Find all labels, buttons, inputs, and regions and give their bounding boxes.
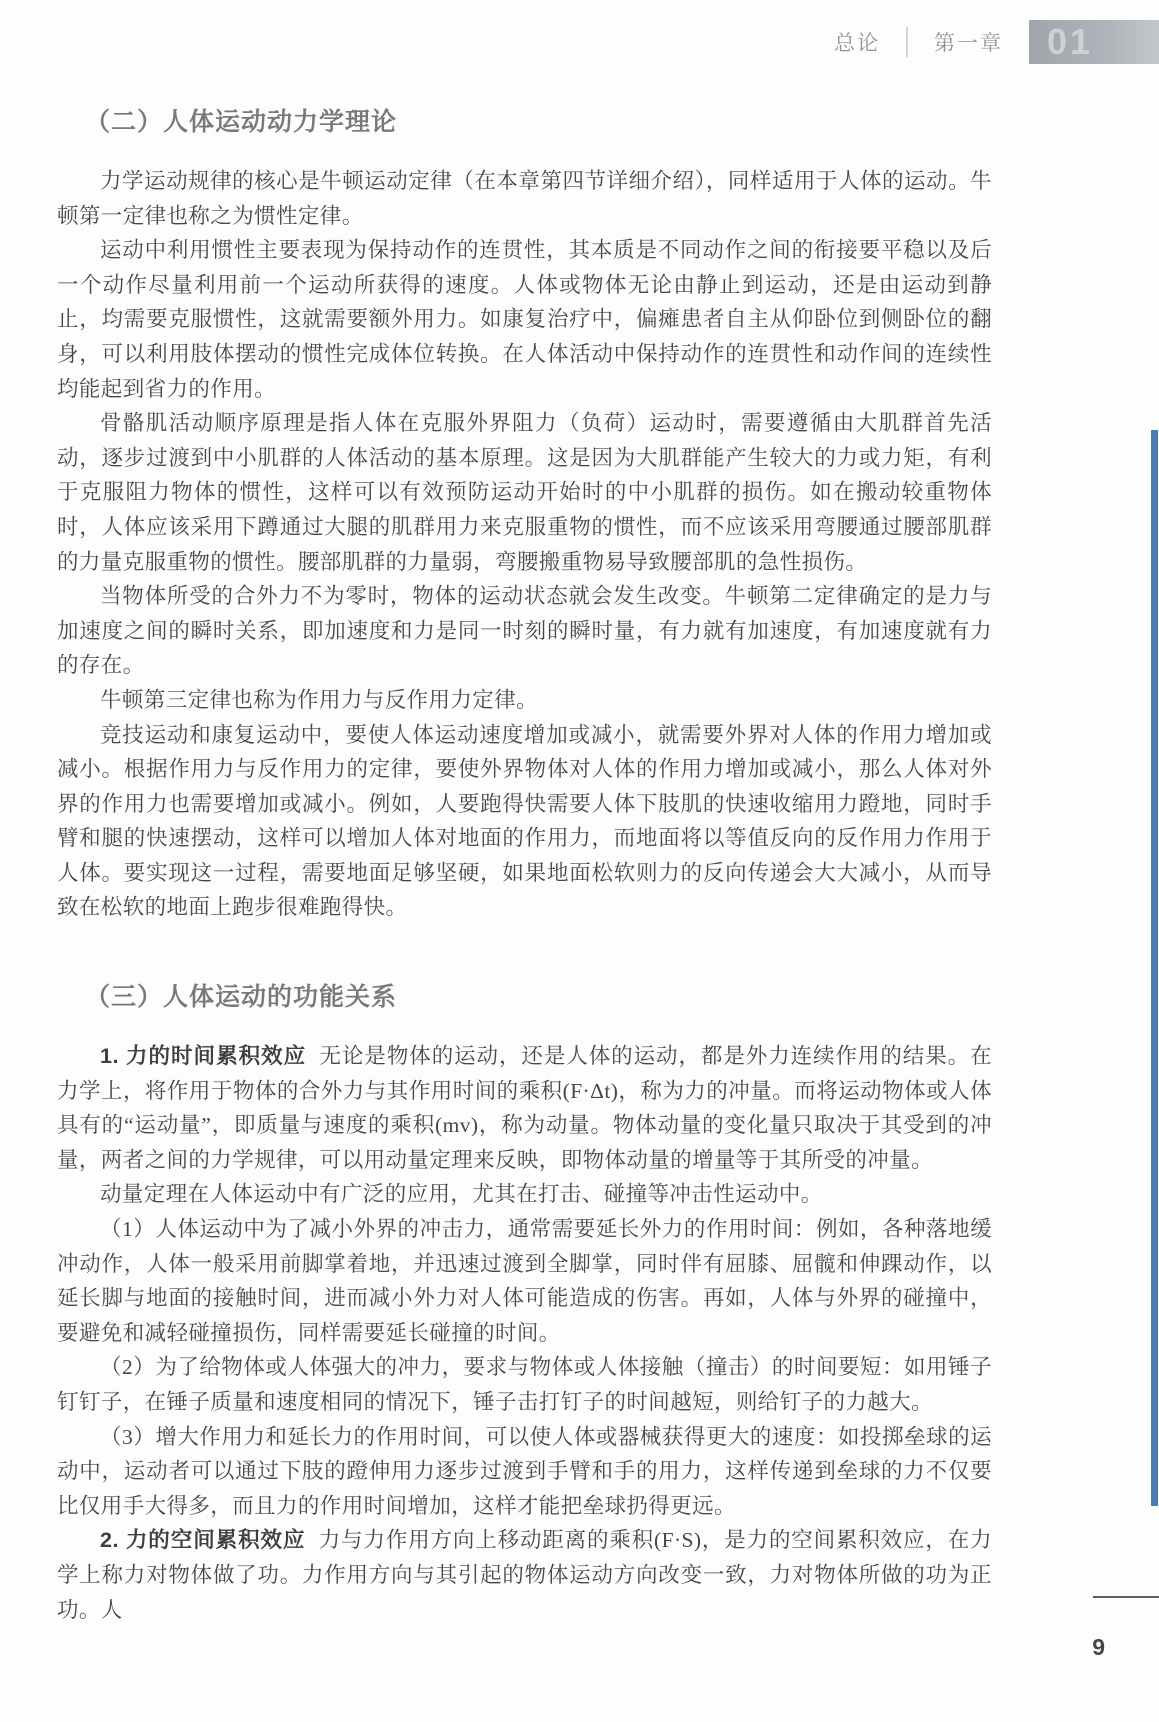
chapter-number-badge: 01: [1029, 20, 1159, 64]
paragraph: 竞技运动和康复运动中，要使人体运动速度增加或减小，就需要外界对人体的作用力增加或…: [57, 718, 992, 926]
paragraph: 动量定理在人体运动中有广泛的应用，尤其在打击、碰撞等冲击性运动中。: [57, 1177, 992, 1212]
header-section-label: 总论: [834, 27, 880, 57]
paragraph: （2）为了给物体或人体强大的冲力，要求与物体或人体接触（撞击）的时间要短：如用锤…: [57, 1350, 992, 1419]
page-edge-accent-bar: [1151, 430, 1158, 1506]
header-divider: [906, 27, 908, 57]
paragraph-text: 力学运动规律的核心是牛顿运动定律（在本章第四节详细介绍），同样适用于人体的运动。…: [57, 169, 992, 228]
paragraph: 牛顿第三定律也称为作用力与反作用力定律。: [57, 683, 992, 718]
section-functional-relations: （三）人体运动的功能关系 1. 力的时间累积效应无论是物体的运动，还是人体的运动…: [57, 979, 992, 1627]
paragraph-text: 竞技运动和康复运动中，要使人体运动速度增加或减小，就需要外界对人体的作用力增加或…: [57, 723, 992, 920]
book-page: 总论 第一章 01 （二）人体运动动力学理论 力学运动规律的核心是牛顿运动定律（…: [0, 0, 1159, 1722]
paragraph: 力学运动规律的核心是牛顿运动定律（在本章第四节详细介绍），同样适用于人体的运动。…: [57, 164, 992, 233]
paragraph-text: 运动中利用惯性主要表现为保持动作的连贯性，其本质是不同动作之间的衔接要平稳以及后…: [57, 238, 992, 400]
paragraph-text: （3）增大作用力和延长力的作用时间，可以使人体或器械获得更大的速度：如投掷垒球的…: [57, 1425, 992, 1518]
section-heading: （三）人体运动的功能关系: [57, 979, 992, 1017]
paragraph: 运动中利用惯性主要表现为保持动作的连贯性，其本质是不同动作之间的衔接要平稳以及后…: [57, 233, 992, 406]
paragraph-lead: 1. 力的时间累积效应: [100, 1044, 306, 1068]
page-number: 9: [1092, 1634, 1105, 1661]
running-header: 总论 第一章 01: [834, 18, 1159, 66]
paragraph: 1. 力的时间累积效应无论是物体的运动，还是人体的运动，都是外力连续作用的结果。…: [57, 1039, 992, 1177]
paragraph-text: （2）为了给物体或人体强大的冲力，要求与物体或人体接触（撞击）的时间要短：如用锤…: [57, 1355, 992, 1414]
paragraph: 2. 力的空间累积效应力与力作用方向上移动距离的乘积(F·S)，是力的空间累积效…: [57, 1523, 992, 1627]
paragraph: 骨骼肌活动顺序原理是指人体在克服外界阻力（负荷）运动时，需要遵循由大肌群首先活动…: [57, 406, 992, 579]
paragraph-text: 骨骼肌活动顺序原理是指人体在克服外界阻力（负荷）运动时，需要遵循由大肌群首先活动…: [57, 411, 992, 573]
section-heading: （二）人体运动动力学理论: [57, 104, 992, 142]
section-dynamics-theory: （二）人体运动动力学理论 力学运动规律的核心是牛顿运动定律（在本章第四节详细介绍…: [57, 104, 992, 925]
paragraph: 当物体所受的合外力不为零时，物体的运动状态就会发生改变。牛顿第二定律确定的是力与…: [57, 579, 992, 683]
header-chapter-label: 第一章: [934, 27, 1003, 57]
paragraph-text: 牛顿第三定律也称为作用力与反作用力定律。: [100, 688, 538, 712]
paragraph-text: 当物体所受的合外力不为零时，物体的运动状态就会发生改变。牛顿第二定律确定的是力与…: [57, 584, 992, 677]
paragraph-lead: 2. 力的空间累积效应: [100, 1528, 305, 1552]
paragraph-text: （1）人体运动中为了减小外界的冲击力，通常需要延长外力的作用时间：例如，各种落地…: [57, 1217, 992, 1345]
paragraph: （1）人体运动中为了减小外界的冲击力，通常需要延长外力的作用时间：例如，各种落地…: [57, 1212, 992, 1350]
footer-rule: [1093, 1596, 1159, 1598]
paragraph-text: 动量定理在人体运动中有广泛的应用，尤其在打击、碰撞等冲击性运动中。: [100, 1182, 823, 1206]
paragraph: （3）增大作用力和延长力的作用时间，可以使人体或器械获得更大的速度：如投掷垒球的…: [57, 1420, 992, 1524]
page-content: （二）人体运动动力学理论 力学运动规律的核心是牛顿运动定律（在本章第四节详细介绍…: [57, 104, 992, 1627]
